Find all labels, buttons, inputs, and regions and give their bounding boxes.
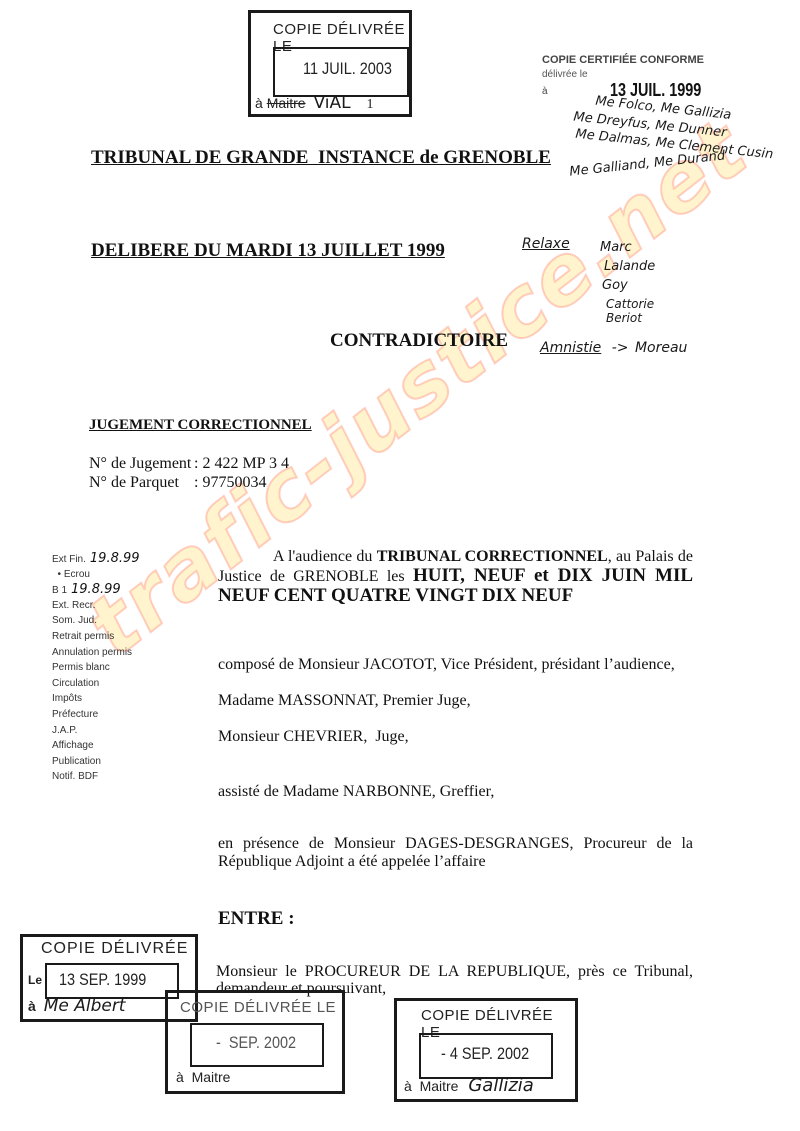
parquet-number: : 97750034 xyxy=(194,474,266,491)
stamp-date: 13 SEP. 1999 xyxy=(59,970,146,990)
handwritten-amnistie: Amnistie -> Moreau xyxy=(540,340,687,356)
handwritten-relaxe: Relaxe xyxy=(522,236,570,252)
checklist-item: B 119.8.99 xyxy=(52,582,182,598)
stamp-dest-name: Gallizia xyxy=(468,1075,533,1096)
prosecutor: en présence de Monsieur DAGES-DESGRANGES… xyxy=(218,835,693,871)
checklist-item: Circulation xyxy=(52,676,182,692)
composition-president: composé de Monsieur JACOTOT, Vice Présid… xyxy=(218,655,675,675)
judgment-kind: JUGEMENT CORRECTIONNEL xyxy=(89,417,312,434)
checklist-item: • Ecrou xyxy=(52,567,182,583)
checklist-item: Notif. BDF xyxy=(52,769,182,785)
relaxe-label: Relaxe xyxy=(522,236,570,252)
court-title: TRIBUNAL DE GRANDE INSTANCE de GRENOBLE xyxy=(91,147,551,169)
checklist-item: Affichage xyxy=(52,738,182,754)
judgment-type: CONTRADICTOIRE xyxy=(330,330,508,352)
handwritten-lawyers: Me Folco, Me Gallizia Me Dreyfus, Me Dun… xyxy=(565,102,774,170)
parquet-number-label: N° de Parquet xyxy=(89,474,194,492)
checklist-item: Ext Fin.19.8.99 xyxy=(52,551,182,567)
stamp-destination: à Maitre Gallizia xyxy=(404,1075,534,1096)
stamp-destination: à Me Albert xyxy=(28,996,125,1016)
hearing-intro: A l'audience du xyxy=(273,548,377,565)
stamp-dest-prefix: à xyxy=(255,95,263,111)
stamp-copy-delivered-2003: COPIE DÉLIVRÉE LE 11 JUIL. 2003 à Maitre… xyxy=(248,10,412,117)
judgment-number-label: N° de Jugement xyxy=(89,454,194,474)
stamp-date: 11 JUIL. 2003 xyxy=(303,59,392,79)
hearing-court: TRIBUNAL CORRECTIONNEL xyxy=(377,548,608,565)
checklist-item: Som. Jud. xyxy=(52,613,182,629)
certified-line2: délivrée le xyxy=(542,69,742,80)
composition-judge: Monsieur CHEVRIER, Juge, xyxy=(218,727,409,747)
between-heading: ENTRE : xyxy=(218,908,295,930)
checklist-item: Publication xyxy=(52,754,182,770)
stamp-dest-prefix: à Maitre xyxy=(404,1078,458,1094)
judgment-numbers: N° de Jugement: 2 422 MP 3 4 N° de Parqu… xyxy=(89,454,289,492)
amnistie-label: Amnistie xyxy=(540,340,601,356)
stamp-date-prefix: Le xyxy=(28,973,42,987)
stamp-title: COPIE DÉLIVRÉE LE xyxy=(180,999,336,1016)
relaxe-name: Marc xyxy=(600,238,655,257)
stamp-title: COPIE DÉLIVRÉE xyxy=(41,940,188,958)
checklist-item: Retrait permis xyxy=(52,629,182,645)
hearing-paragraph: A l'audience du TRIBUNAL CORRECTIONNEL, … xyxy=(218,547,693,606)
stamp-date: - 4 SEP. 2002 xyxy=(441,1044,529,1064)
stamp-copy-delivered-2002-a: COPIE DÉLIVRÉE LE - SEP. 2002 à Maitre xyxy=(165,990,345,1094)
relaxe-name: Lalande xyxy=(604,257,655,276)
clerk: assisté de Madame NARBONNE, Greffier, xyxy=(218,782,494,802)
judgment-number: : 2 422 MP 3 4 xyxy=(194,455,289,472)
checklist-item: J.A.P. xyxy=(52,723,182,739)
certified-stamp: COPIE CERTIFIÉE CONFORME délivrée le à 1… xyxy=(542,54,742,102)
stamp-dest-prefix: à xyxy=(28,998,36,1014)
stamp-copy-delivered-2002-b: COPIE DÉLIVRÉE LE - 4 SEP. 2002 à Maitre… xyxy=(394,998,578,1102)
stamp-dest-suffix: 1 xyxy=(366,97,373,112)
stamp-date: - SEP. 2002 xyxy=(216,1033,296,1053)
checklist-item: Impôts xyxy=(52,691,182,707)
certified-line3: à xyxy=(542,86,548,97)
stamp-dest-name: Me Albert xyxy=(44,996,126,1016)
checklist-item: Préfecture xyxy=(52,707,182,723)
deliberation-date: DELIBERE DU MARDI 13 JUILLET 1999 xyxy=(91,240,445,262)
relaxe-names: Marc Lalande Goy Cattorie Beriot xyxy=(600,238,655,328)
stamp-destination: à Maitre ViAL 1 xyxy=(255,93,405,113)
margin-checklist: Ext Fin.19.8.99 • Ecrou B 119.8.99 Ext. … xyxy=(52,551,182,785)
checklist-item: Permis blanc xyxy=(52,660,182,676)
checklist-item: Annulation permis xyxy=(52,645,182,661)
composition-first-judge: Madame MASSONNAT, Premier Juge, xyxy=(218,691,471,711)
stamp-dest-name: ViAL xyxy=(313,93,350,113)
stamp-destination: à Maitre xyxy=(176,1069,230,1085)
certified-line1: COPIE CERTIFIÉE CONFORME xyxy=(542,54,742,66)
relaxe-name: Goy xyxy=(602,276,655,295)
arrow-icon: -> xyxy=(612,340,629,356)
amnistie-name: Moreau xyxy=(635,340,687,356)
checklist-item: Ext. Recr. xyxy=(52,598,182,614)
stamp-dest-struck: Maitre xyxy=(267,95,306,111)
